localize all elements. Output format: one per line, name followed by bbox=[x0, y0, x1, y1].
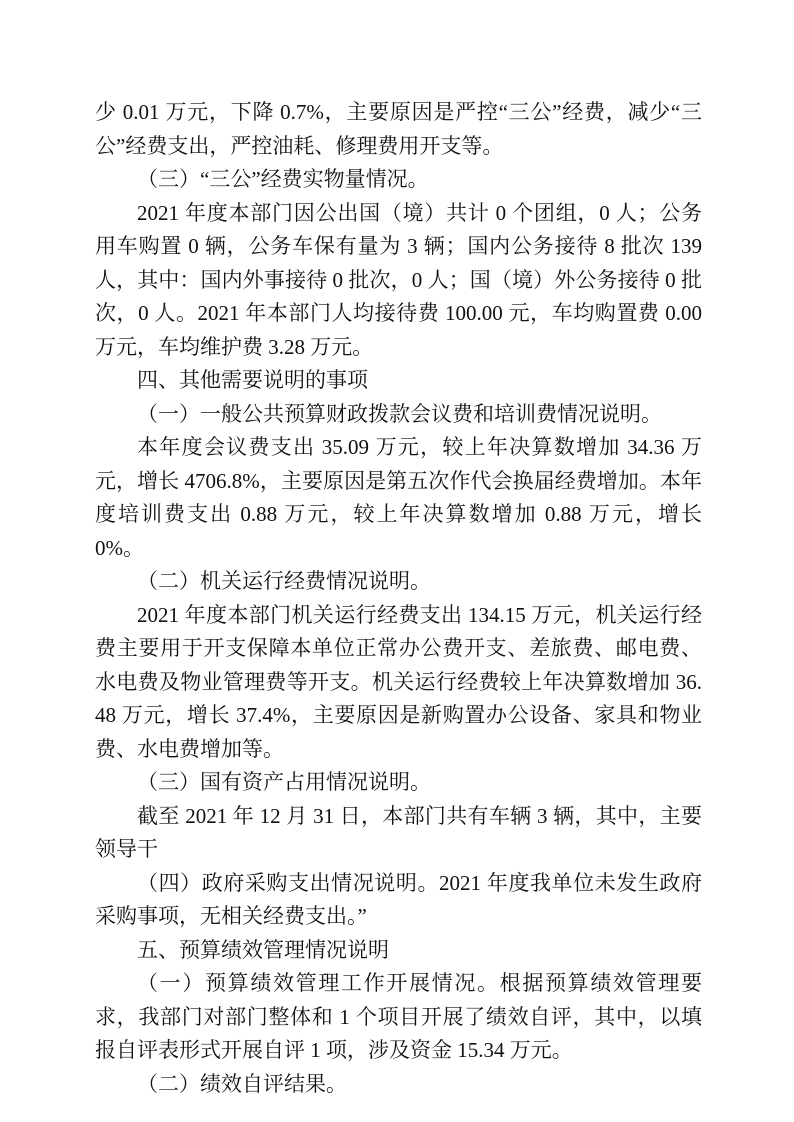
paragraph-5-1-performance-self-evaluation: （一）预算绩效管理工作开展情况。根据预算绩效管理要求，我部门对部门整体和 1 个… bbox=[95, 967, 702, 1068]
heading-4-2-operating-expenses: （二）机关运行经费情况说明。 bbox=[95, 565, 702, 599]
heading-4-3-state-assets: （三）国有资产占用情况说明。 bbox=[95, 766, 702, 800]
heading-5-2-self-evaluation-results: （二）绩效自评结果。 bbox=[95, 1068, 702, 1102]
paragraph-4-4-government-procurement: （四）政府采购支出情况说明。2021 年度我单位未发生政府采购事项，无相关经费支… bbox=[95, 867, 702, 934]
paragraph-operating-expenses-details: 2021 年度本部门机关运行经费支出 134.15 万元，机关运行经费主要用于开… bbox=[95, 599, 702, 767]
document-body: { "colors": { "page_background": "#fffff… bbox=[0, 0, 794, 1122]
paragraph-three-public-physical-details: 2021 年度本部门因公出国（境）共计 0 个团组，0 人；公务用车购置 0 辆… bbox=[95, 197, 702, 365]
paragraph-state-assets-details: 截至 2021 年 12 月 31 日，本部门共有车辆 3 辆，其中，主要领导干 bbox=[95, 800, 702, 867]
heading-part-5-budget-performance: 五、预算绩效管理情况说明 bbox=[95, 934, 702, 968]
heading-part-4-other-matters: 四、其他需要说明的事项 bbox=[95, 364, 702, 398]
heading-4-1-meeting-training-fees: （一）一般公共预算财政拨款会议费和培训费情况说明。 bbox=[95, 398, 702, 432]
document-page: 少 0.01 万元，下降 0.7%，主要原因是严控“三公”经费，减少“三公”经费… bbox=[0, 0, 794, 1122]
heading-section-3-three-public-physical-quantity: （三）“三公”经费实物量情况。 bbox=[95, 163, 702, 197]
paragraph-three-public-funds-continuation: 少 0.01 万元，下降 0.7%，主要原因是严控“三公”经费，减少“三公”经费… bbox=[95, 96, 702, 163]
paragraph-meeting-training-fees-details: 本年度会议费支出 35.09 万元，较上年决算数增加 34.36 万元，增长 4… bbox=[95, 431, 702, 565]
